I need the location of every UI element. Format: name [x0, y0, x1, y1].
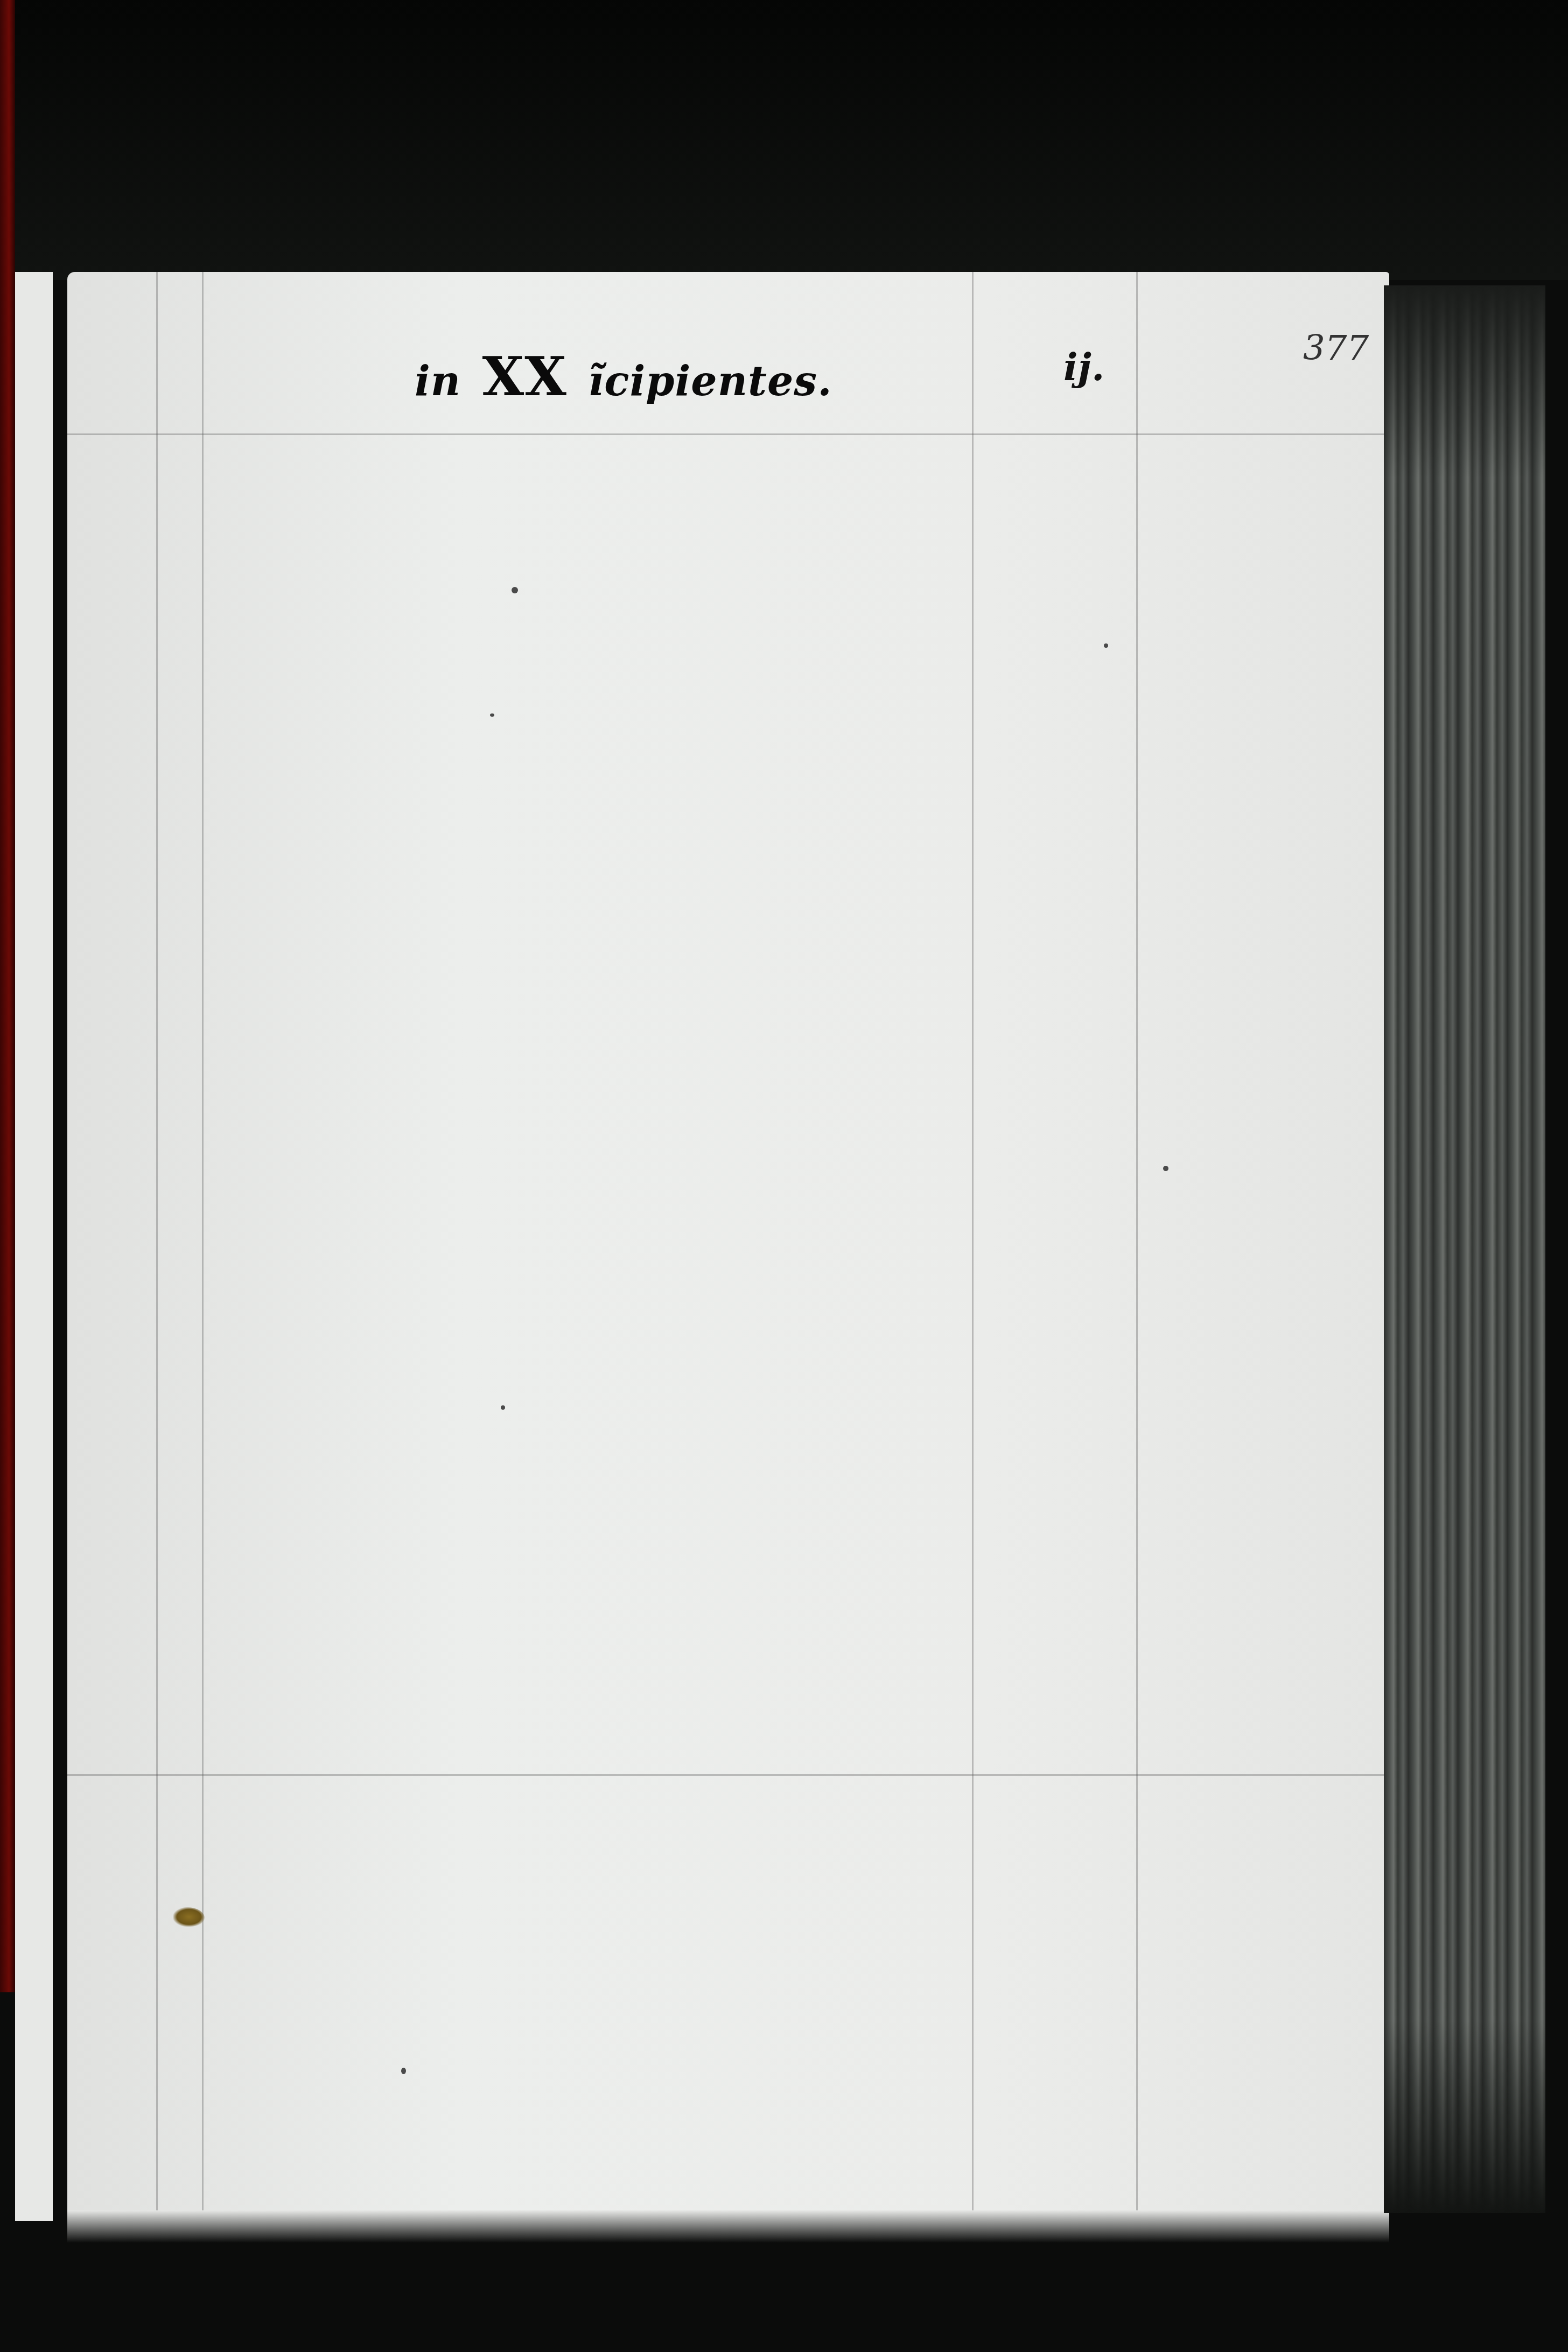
column-rule-right-1 [972, 272, 974, 2232]
ink-speck [401, 2068, 406, 2074]
dark-backdrop [0, 0, 1568, 280]
book-page [67, 272, 1389, 2232]
ink-speck [1163, 1166, 1168, 1171]
header-prefix: in [415, 357, 461, 405]
book-fore-edge [1384, 285, 1545, 2213]
header-numeral: XX [482, 345, 567, 408]
ink-speck [501, 1405, 505, 1410]
marginal-numeral: ij. [1063, 345, 1104, 389]
column-rule-right-2 [1136, 272, 1138, 2232]
red-binding-strip [0, 0, 15, 1992]
margin-rule-left-outer [156, 272, 158, 2232]
lower-rule [67, 1774, 1389, 1776]
running-header: in XX ĩcipientes. [415, 345, 832, 408]
header-word: ĩcipientes. [588, 357, 832, 405]
ink-speck [512, 587, 518, 593]
folio-number: 377 [1303, 328, 1369, 368]
facing-page-edge [15, 272, 53, 2221]
margin-rule-left-inner [202, 272, 204, 2232]
header-rule [67, 433, 1389, 435]
ink-speck [490, 713, 494, 717]
ink-speck [1104, 643, 1108, 648]
gold-blot [173, 1907, 205, 1927]
